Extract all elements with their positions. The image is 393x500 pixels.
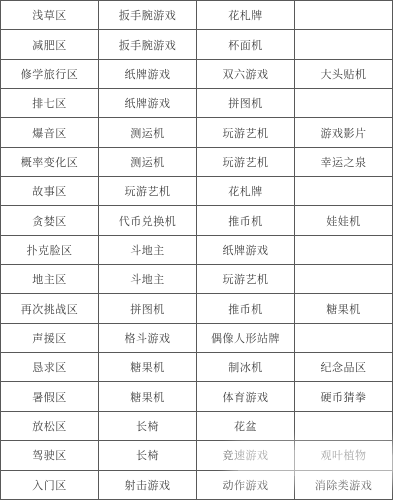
table-cell [295,235,393,264]
table-cell: 玩游艺机 [197,118,295,147]
table-row: 扑克脸区斗地主纸牌游戏 [1,235,393,264]
table-cell: 声援区 [1,323,99,352]
table-row: 概率变化区测运机玩游艺机幸运之泉 [1,147,393,176]
table-cell: 射击游戏 [99,470,197,500]
table-cell: 体育游戏 [197,382,295,411]
table-row: 减肥区扳手腕游戏杯面机 [1,30,393,59]
table-row: 爆音区测运机玩游艺机游戏影片 [1,118,393,147]
table-cell: 概率变化区 [1,147,99,176]
table-cell: 地主区 [1,265,99,294]
table-cell: 动作游戏 [197,470,295,500]
table-cell [295,177,393,206]
table-row: 修学旅行区纸牌游戏双六游戏大头贴机 [1,59,393,88]
zone-table: 浅草区扳手腕游戏花札牌减肥区扳手腕游戏杯面机修学旅行区纸牌游戏双六游戏大头贴机排… [0,0,393,500]
table-cell: 拼图机 [99,294,197,323]
table-cell: 测运机 [99,118,197,147]
table-cell: 纸牌游戏 [197,235,295,264]
table-cell: 游戏影片 [295,118,393,147]
table-cell: 扳手腕游戏 [99,1,197,30]
table-row: 暑假区糖果机体育游戏硬币猜拳 [1,382,393,411]
table-cell [295,411,393,440]
table-body: 浅草区扳手腕游戏花札牌减肥区扳手腕游戏杯面机修学旅行区纸牌游戏双六游戏大头贴机排… [1,1,393,500]
table-cell: 斗地主 [99,235,197,264]
table-cell: 纸牌游戏 [99,59,197,88]
table-row: 浅草区扳手腕游戏花札牌 [1,1,393,30]
table-cell: 减肥区 [1,30,99,59]
table-cell: 推币机 [197,206,295,235]
table-cell: 推币机 [197,294,295,323]
table-cell [295,30,393,59]
table-cell: 糖果机 [295,294,393,323]
table-cell: 贪婪区 [1,206,99,235]
table-row: 再次挑战区拼图机推币机糖果机 [1,294,393,323]
table-cell: 长椅 [99,411,197,440]
table-cell: 双六游戏 [197,59,295,88]
table-cell: 糖果机 [99,382,197,411]
table-cell: 消除类游戏 [295,470,393,500]
table-cell: 花札牌 [197,1,295,30]
table-cell: 放松区 [1,411,99,440]
table-cell: 花札牌 [197,177,295,206]
table-row: 地主区斗地主玩游艺机 [1,265,393,294]
table-cell [295,1,393,30]
table-row: 排七区纸牌游戏拼图机 [1,89,393,118]
table-cell: 扑克脸区 [1,235,99,264]
table-row: 放松区长椅花盆 [1,411,393,440]
table-cell: 长椅 [99,441,197,470]
table-cell: 大头贴机 [295,59,393,88]
table-cell: 再次挑战区 [1,294,99,323]
table-cell: 浅草区 [1,1,99,30]
table-cell: 玩游艺机 [197,147,295,176]
table-cell: 糖果机 [99,353,197,382]
table-cell: 玩游艺机 [197,265,295,294]
table-cell: 拼图机 [197,89,295,118]
table-cell: 观叶植物 [295,441,393,470]
table-cell: 入门区 [1,470,99,500]
table-row: 故事区玩游艺机花札牌 [1,177,393,206]
table-row: 贪婪区代币兑换机推币机娃娃机 [1,206,393,235]
table-cell: 杯面机 [197,30,295,59]
table-cell: 扳手腕游戏 [99,30,197,59]
table-cell: 硬币猜拳 [295,382,393,411]
table-cell: 纪念品区 [295,353,393,382]
table-cell: 娃娃机 [295,206,393,235]
table-cell: 斗地主 [99,265,197,294]
table-cell: 偶像人形站牌 [197,323,295,352]
table-cell: 暑假区 [1,382,99,411]
table-cell: 恳求区 [1,353,99,382]
table-cell: 纸牌游戏 [99,89,197,118]
table-cell: 代币兑换机 [99,206,197,235]
table-cell [295,323,393,352]
page: 浅草区扳手腕游戏花札牌减肥区扳手腕游戏杯面机修学旅行区纸牌游戏双六游戏大头贴机排… [0,0,393,500]
table-cell: 竞速游戏 [197,441,295,470]
table-row: 恳求区糖果机制冰机纪念品区 [1,353,393,382]
table-cell: 驾驶区 [1,441,99,470]
table-cell: 制冰机 [197,353,295,382]
table-row: 声援区格斗游戏偶像人形站牌 [1,323,393,352]
table-row: 入门区射击游戏动作游戏消除类游戏 [1,470,393,500]
table-cell: 玩游艺机 [99,177,197,206]
table-cell: 故事区 [1,177,99,206]
table-cell: 修学旅行区 [1,59,99,88]
table-cell [295,265,393,294]
table-cell: 花盆 [197,411,295,440]
table-cell: 爆音区 [1,118,99,147]
table-cell [295,89,393,118]
table-cell: 排七区 [1,89,99,118]
table-cell: 格斗游戏 [99,323,197,352]
table-row: 驾驶区长椅竞速游戏观叶植物 [1,441,393,470]
table-cell: 幸运之泉 [295,147,393,176]
table-cell: 测运机 [99,147,197,176]
